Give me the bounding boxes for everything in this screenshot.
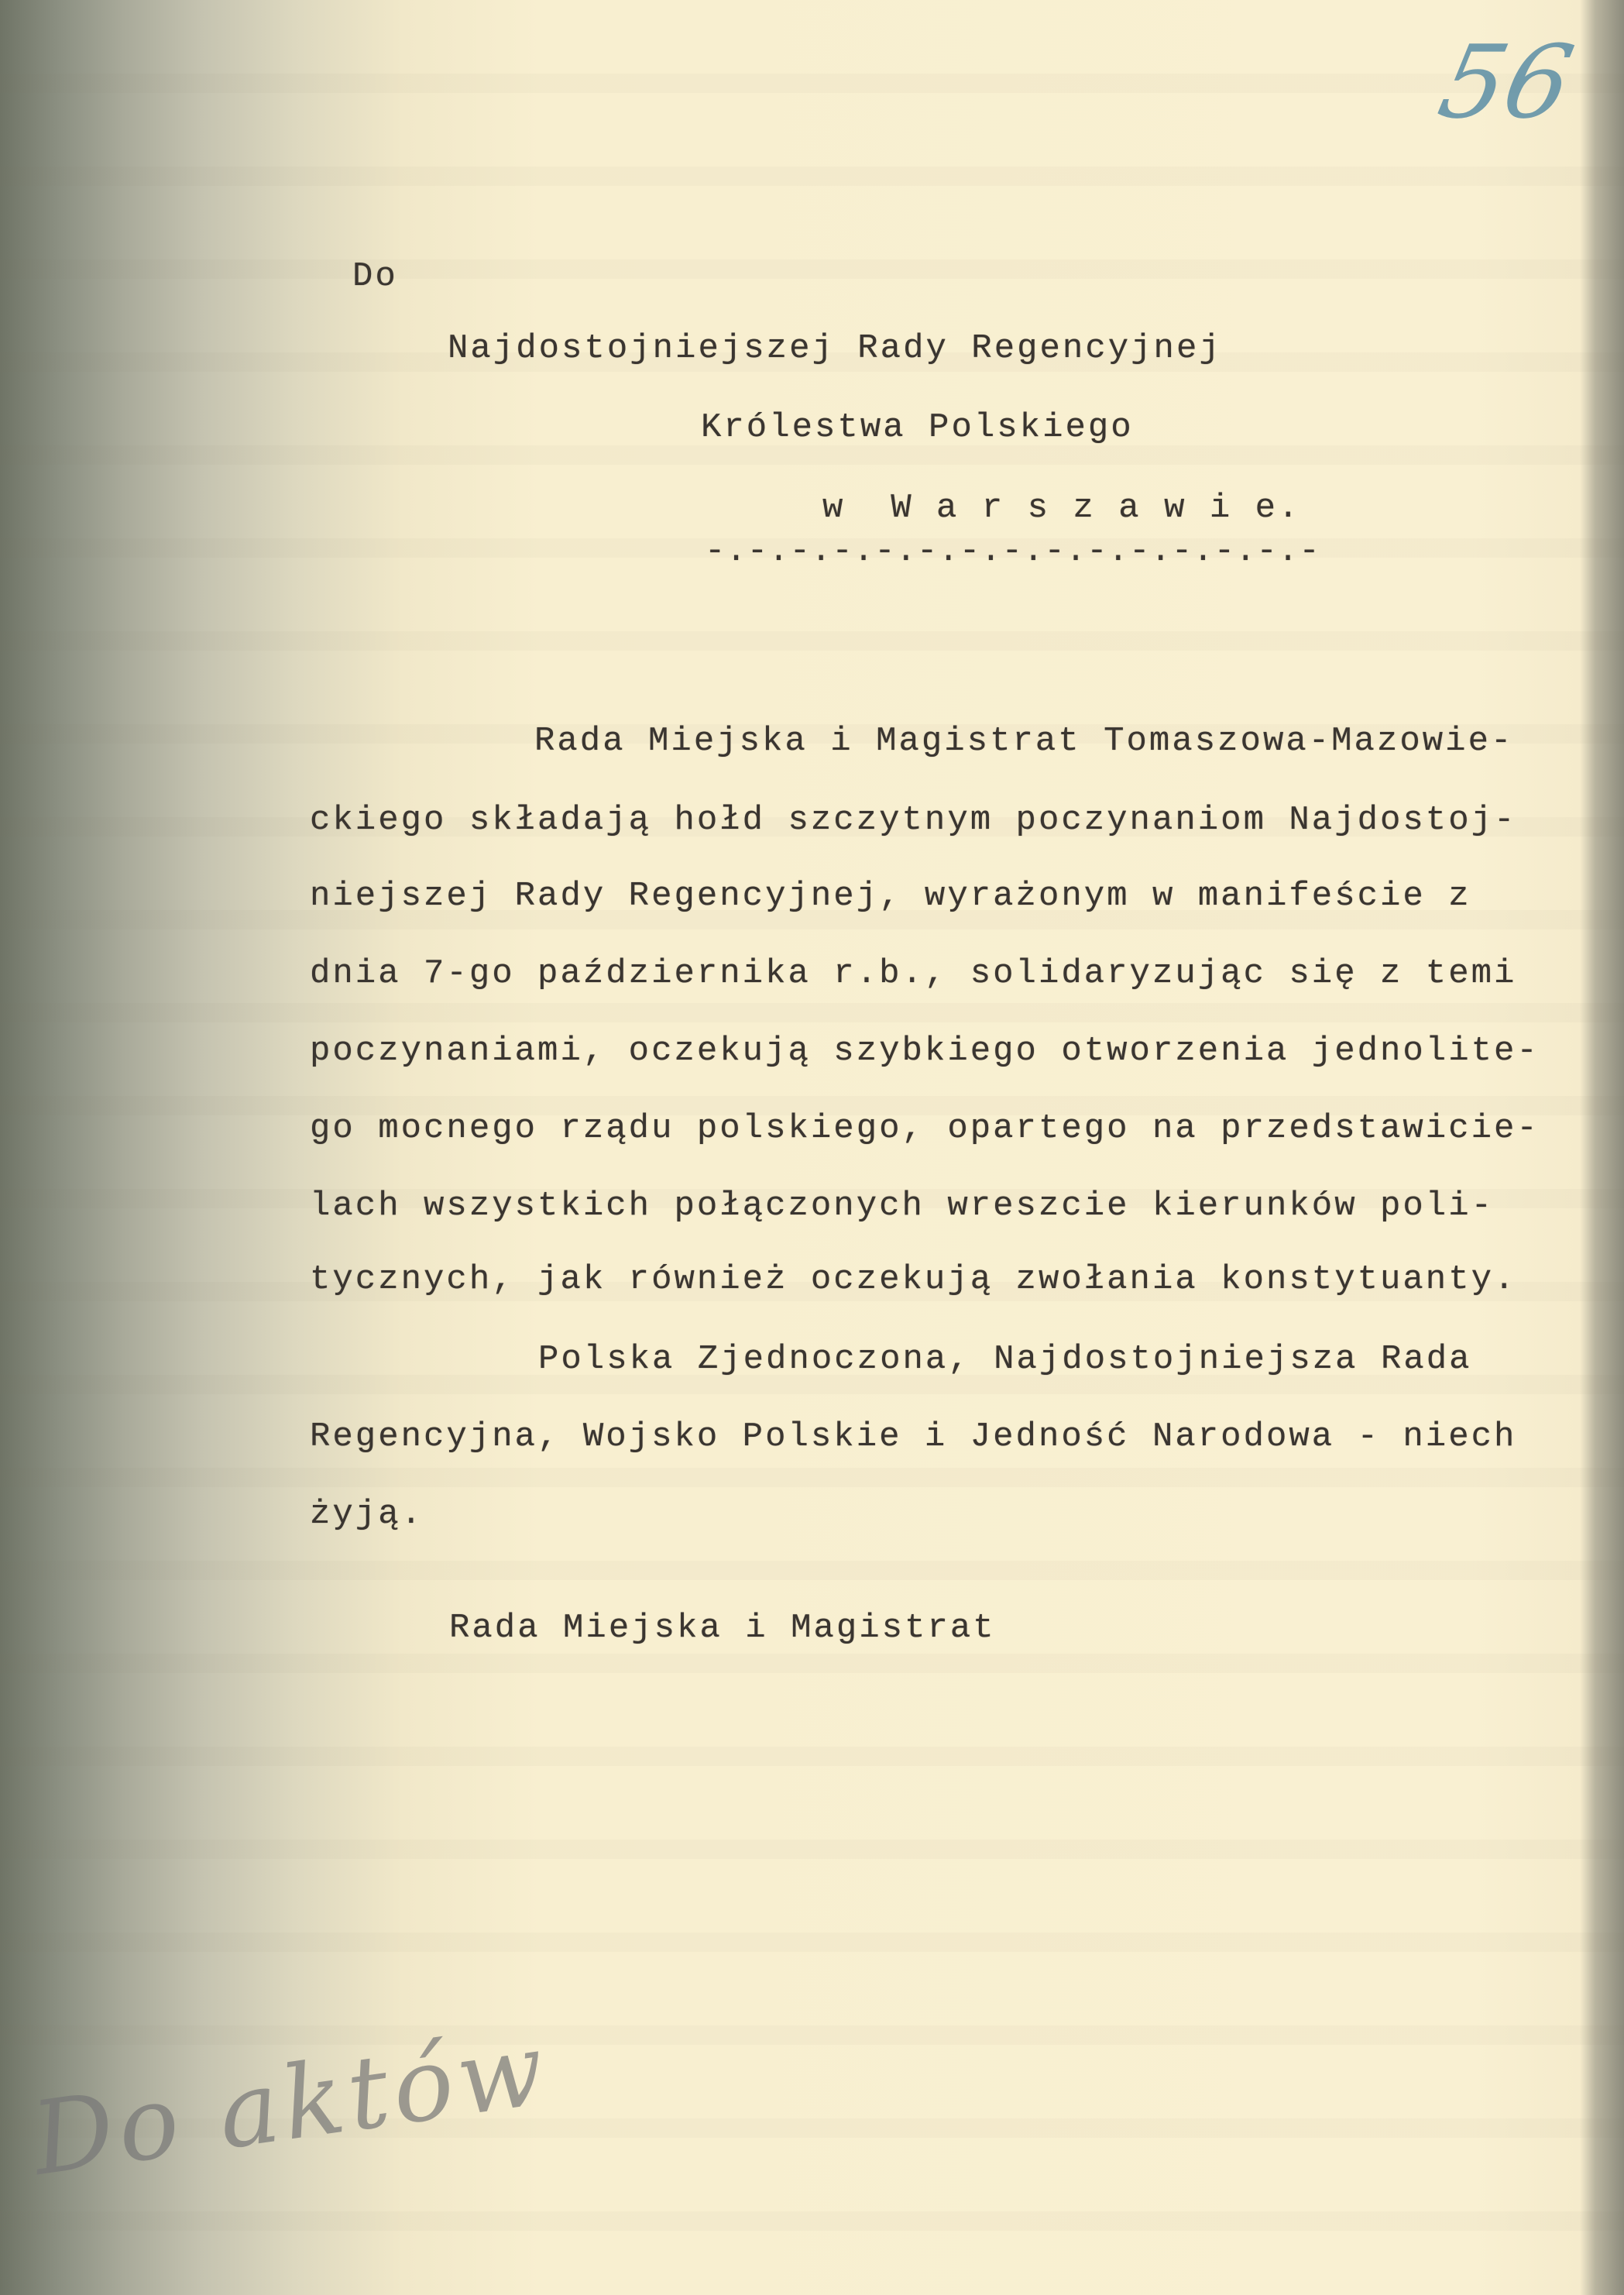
body-line-11: żyją.	[310, 1497, 424, 1531]
body-line-10: Regencyjna, Wojsko Polskie i Jedność Nar…	[310, 1420, 1516, 1454]
body-line-1: Rada Miejska i Magistrat Tomaszowa-Mazow…	[534, 724, 1513, 758]
body-line-7: lach wszystkich połączonych wreszcie kie…	[310, 1189, 1494, 1223]
handwritten-page-number: 56	[1430, 23, 1583, 141]
body-line-9: Polska Zjednoczona, Najdostojniejsza Rad…	[538, 1342, 1472, 1376]
body-line-6: go mocnego rządu polskiego, opartego na …	[310, 1111, 1540, 1146]
body-line-3: niejszej Rady Regencyjnej, wyrażonym w m…	[310, 879, 1471, 913]
addressee-line-3: w W a r s z a w i e.	[822, 491, 1301, 525]
salutation: Do	[352, 259, 398, 294]
handwritten-note: Do aktów	[26, 2009, 556, 2198]
body-line-5: poczynaniami, oczekują szybkiego otworze…	[310, 1034, 1540, 1068]
body-line-4: dnia 7-go października r.b., solidaryzuj…	[310, 957, 1516, 991]
signature-block: Rada Miejska i Magistrat	[449, 1611, 996, 1645]
body-line-2: ckiego składają hołd szczytnym poczynani…	[310, 803, 1516, 837]
addressee-line-1: Najdostojniejszej Rady Regencyjnej	[448, 332, 1222, 366]
addressee-line-2: Królestwa Polskiego	[701, 411, 1134, 445]
body-line-8: tycznych, jak również oczekują zwołania …	[310, 1263, 1516, 1297]
separator-line: -.-.-.-.-.-.-.-.-.-.-.-.-.-.-	[705, 534, 1320, 569]
